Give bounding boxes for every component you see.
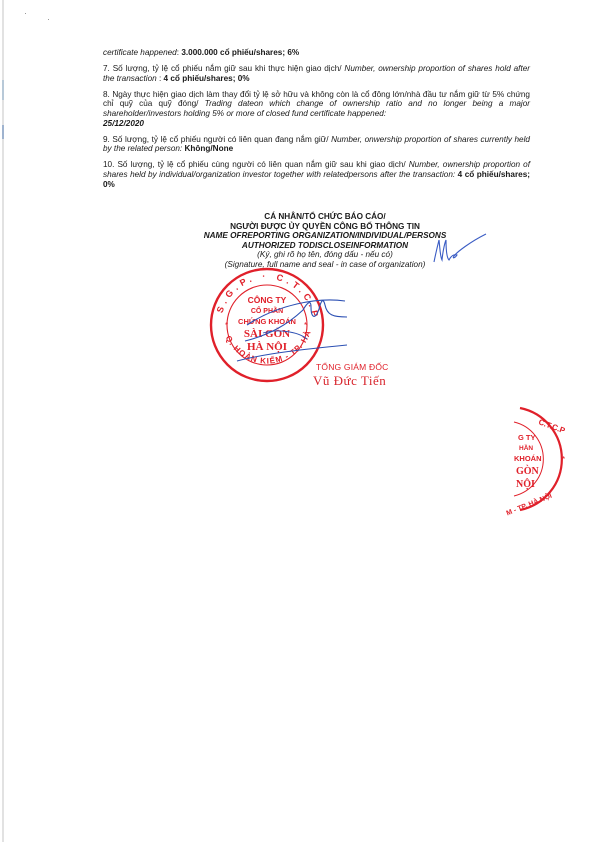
scan-artifact: [2, 125, 4, 139]
svg-text:CÔNG TY: CÔNG TY: [248, 294, 287, 305]
svg-text:NỘI: NỘI: [516, 477, 535, 490]
svg-text:G TY: G TY: [518, 433, 536, 442]
svg-text:CHỨNG KHOÁN: CHỨNG KHOÁN: [238, 317, 296, 326]
svg-text:HÀ NỘI: HÀ NỘI: [247, 340, 287, 353]
svg-text:GÒN: GÒN: [516, 465, 540, 477]
paragraph-10: 10. Số lượng, tỷ lệ cổ phiếu cùng người …: [103, 160, 530, 189]
signer-title: TỔNG GIÁM ĐỐC: [316, 362, 389, 372]
svg-text:*: *: [304, 321, 307, 330]
sig-heading-vn-1: CÁ NHÂN/TỔ CHỨC BÁO CÁO/: [160, 212, 490, 222]
p8-date: 25/12/2020: [103, 119, 144, 128]
sig-heading-vn-2: NGƯỜI ĐƯỢC ỦY QUYỀN CÔNG BỐ THÔNG TIN: [160, 222, 490, 232]
svg-text:HẦN: HẦN: [519, 442, 533, 452]
scan-speck: [25, 13, 26, 14]
page-left-edge: [2, 0, 4, 842]
svg-text:C.T.C.P: C.T.C.P: [537, 417, 567, 435]
scan-artifact: [2, 80, 4, 100]
paragraph-6-tail: certificate happened: 3.000.000 cổ phiếu…: [103, 48, 530, 58]
initials-icon: [430, 232, 490, 268]
svg-text:*: *: [225, 321, 228, 330]
p7-bold: 4 cổ phiếu/shares; 0%: [164, 74, 250, 83]
p6-italic: certificate happened: [103, 48, 177, 57]
paragraph-7: 7. Số lượng, tỷ lệ cổ phiếu nắm giữ sau …: [103, 64, 530, 83]
partial-seal-icon: C.T.C.P * G TY HẦN KHOÁN GÒN NỘI M - TP.…: [500, 402, 595, 517]
scan-speck: [48, 19, 49, 20]
p9-normal: 9. Số lượng, tỷ lệ cổ phiếu người có liê…: [103, 135, 331, 144]
paragraph-9: 9. Số lượng, tỷ lệ cổ phiếu người có liê…: [103, 135, 530, 154]
p9-bold: Không/None: [184, 144, 233, 153]
svg-text:*: *: [562, 455, 565, 464]
paragraph-8: 8. Ngày thực hiện giao dịch làm thay đổi…: [103, 90, 530, 128]
p7-normal: 7. Số lượng, tỷ lệ cổ phiếu nắm giữ sau …: [103, 64, 344, 73]
p7-sep: :: [157, 74, 164, 83]
svg-text:M - TP. HÀ NỘI: M - TP. HÀ NỘI: [505, 491, 553, 517]
svg-text:KHOÁN: KHOÁN: [514, 454, 542, 463]
p6-bold: 3.000.000 cổ phiếu/shares; 6%: [181, 48, 299, 57]
document-body: certificate happened: 3.000.000 cổ phiếu…: [103, 48, 530, 196]
p10-normal: 10. Số lượng, tỷ lệ cổ phiếu cùng người …: [103, 160, 409, 169]
signer-name: Vũ Đức Tiến: [313, 373, 386, 389]
